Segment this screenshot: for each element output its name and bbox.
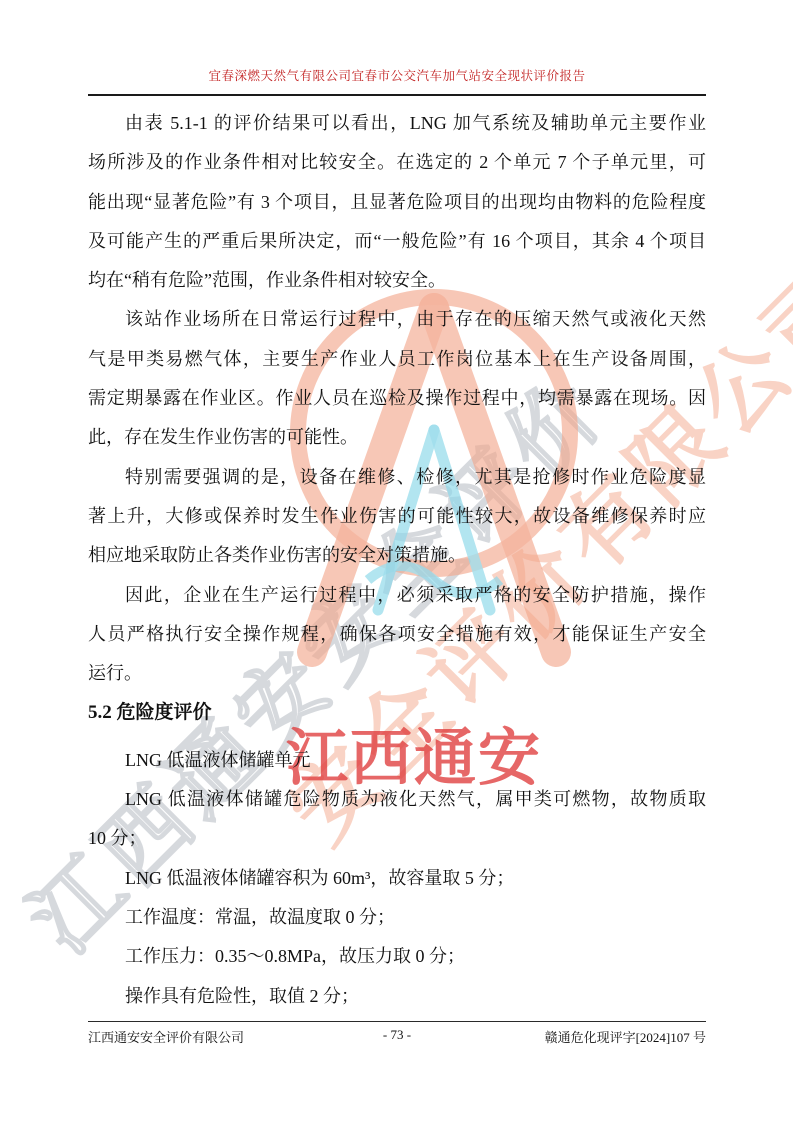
text-line: 工作温度：常温，故温度取 0 分；: [88, 898, 706, 937]
text-line: 该站作业场所在日常运行过程中，由于存在的压缩天然气或液化天然: [88, 300, 706, 339]
text-line: 相应地采取防止各类作业伤害的安全对策措施。: [88, 536, 706, 575]
text-line: 特别需要强调的是，设备在维修、检修，尤其是抢修时作业危险度显: [88, 458, 706, 497]
paragraph: 该站作业场所在日常运行过程中，由于存在的压缩天然气或液化天然 气是甲类易燃气体，…: [88, 300, 706, 457]
report-header-title: 宜春深燃天然气有限公司宜春市公交汽车加气站安全现状评价报告: [88, 66, 706, 84]
text-line: LNG 低温液体储罐危险物质为液化天然气，属甲类可燃物，故物质取: [88, 780, 706, 819]
section-items: LNG 低温液体储罐单元 LNG 低温液体储罐危险物质为液化天然气，属甲类可燃物…: [88, 741, 706, 1016]
text-line: LNG 低温液体储罐容积为 60m³，故容量取 5 分；: [88, 859, 706, 898]
text-line: 工作压力：0.35～0.8MPa，故压力取 0 分；: [88, 937, 706, 976]
text-line: 均在“稍有危险”范围，作业条件相对较安全。: [88, 261, 706, 300]
footer-rule: [88, 1021, 706, 1022]
text-line: 及可能产生的严重后果所决定，而“一般危险”有 16 个项目，其余 4 个项目: [88, 222, 706, 261]
text-line: 著上升，大修或保养时发生作业伤害的可能性较大，故设备维修保养时应: [88, 497, 706, 536]
text-line: 由表 5.1-1 的评价结果可以看出，LNG 加气系统及辅助单元主要作业: [88, 104, 706, 143]
header-rule: [88, 94, 706, 96]
text-line: 需定期暴露在作业区。作业人员在巡检及操作过程中，均需暴露在现场。因: [88, 379, 706, 418]
text-line: 运行。: [88, 654, 706, 693]
text-line: 此，存在发生作业伤害的可能性。: [88, 418, 706, 457]
text-line: 10 分；: [88, 819, 706, 858]
section-heading: 5.2 危险度评价: [88, 693, 706, 732]
text-line: 气是甲类易燃气体，主要生产作业人员工作岗位基本上在生产设备周围，: [88, 340, 706, 379]
paragraph: 由表 5.1-1 的评价结果可以看出，LNG 加气系统及辅助单元主要作业 场所涉…: [88, 104, 706, 300]
footer-company: 江西通安安全评价有限公司: [88, 1027, 244, 1046]
text-line: 人员严格执行安全操作规程，确保各项安全措施有效，才能保证生产安全: [88, 615, 706, 654]
page-footer: - 73 - 江西通安安全评价有限公司 赣通危化现评字[2024]107 号: [88, 1027, 706, 1046]
text-line: 场所涉及的作业条件相对比较安全。在选定的 2 个单元 7 个子单元里，可: [88, 143, 706, 182]
paragraph: 特别需要强调的是，设备在维修、检修，尤其是抢修时作业危险度显 著上升，大修或保养…: [88, 458, 706, 576]
document-page: 江西通安安全评价 安全评价有限公司 江西通安 宜春深燃天然气有限公司宜春市公交汽…: [0, 0, 793, 1122]
text-line: LNG 低温液体储罐单元: [88, 741, 706, 780]
footer-doc-number: 赣通危化现评字[2024]107 号: [545, 1027, 706, 1046]
text-line: 因此，企业在生产运行过程中，必须采取严格的安全防护措施，操作: [88, 576, 706, 615]
text-line: 操作具有危险性，取值 2 分；: [88, 977, 706, 1016]
body-content: 由表 5.1-1 的评价结果可以看出，LNG 加气系统及辅助单元主要作业 场所涉…: [88, 104, 706, 1016]
text-line: 能出现“显著危险”有 3 个项目，且显著危险项目的出现均由物料的危险程度: [88, 183, 706, 222]
paragraph: 因此，企业在生产运行过程中，必须采取严格的安全防护措施，操作 人员严格执行安全操…: [88, 576, 706, 694]
